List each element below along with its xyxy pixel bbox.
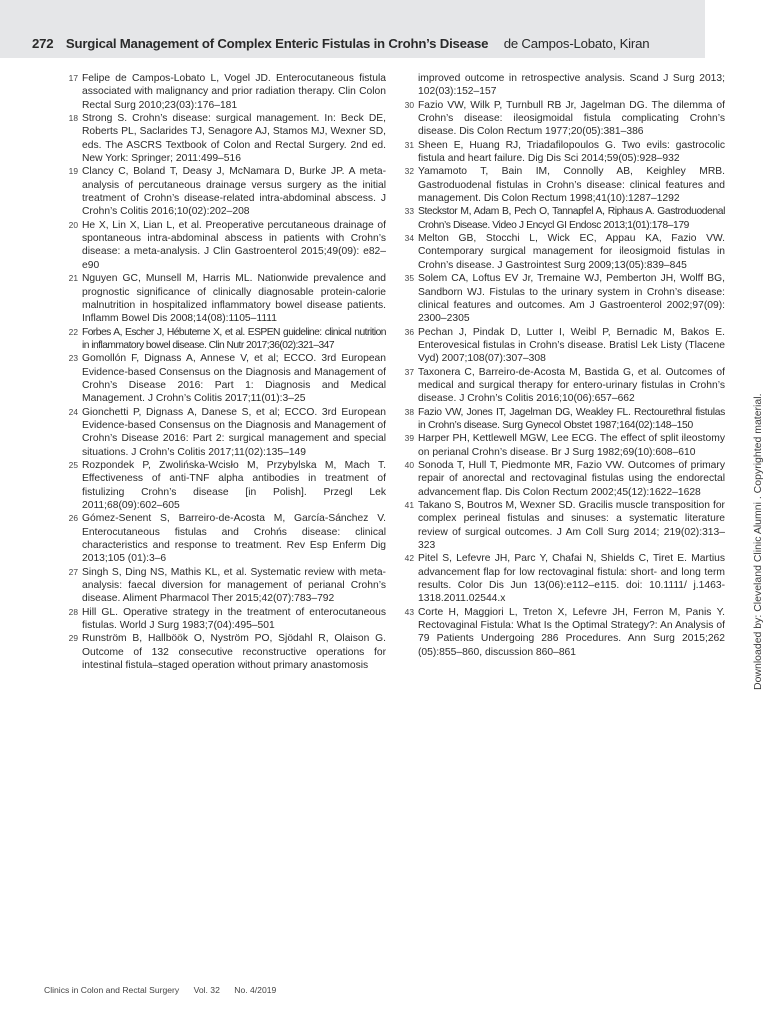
reference-item: 22Forbes A, Escher J, Hébuterne X, et al… xyxy=(82,326,386,353)
reference-text: Sonoda T, Hull T, Piedmonte MR, Fazio VW… xyxy=(418,459,725,499)
reference-item: 42Pitel S, Lefevre JH, Parc Y, Chafai N,… xyxy=(418,552,725,605)
reference-number: 34 xyxy=(400,232,414,245)
reference-item: 18Strong S. Crohn’s disease: surgical ma… xyxy=(82,112,386,165)
reference-item: 31Sheen E, Huang RJ, Triadafilopoulos G.… xyxy=(418,139,725,166)
reference-text: Felipe de Campos-Lobato L, Vogel JD. Ent… xyxy=(82,72,386,112)
reference-number: 17 xyxy=(64,72,78,85)
reference-number: 29 xyxy=(64,632,78,645)
page-number: 272 xyxy=(32,36,53,51)
reference-text: Harper PH, Kettlewell MGW, Lee ECG. The … xyxy=(418,432,725,459)
reference-text: Solem CA, Loftus EV Jr, Tremaine WJ, Pem… xyxy=(418,272,725,325)
reference-number: 31 xyxy=(400,139,414,152)
article-title: Surgical Management of Complex Enteric F… xyxy=(66,36,488,51)
reference-number: 42 xyxy=(400,552,414,565)
reference-text: Corte H, Maggiori L, Treton X, Lefevre J… xyxy=(418,606,725,659)
reference-text: Hill GL. Operative strategy in the treat… xyxy=(82,606,386,633)
reference-text: Clancy C, Boland T, Deasy J, McNamara D,… xyxy=(82,165,386,218)
reference-item: 32Yamamoto T, Bain IM, Connolly AB, Keig… xyxy=(418,165,725,205)
article-authors: de Campos-Lobato, Kiran xyxy=(504,36,650,51)
reference-text: Pitel S, Lefevre JH, Parc Y, Chafai N, S… xyxy=(418,552,725,605)
reference-item: 34Melton GB, Stocchi L, Wick EC, Appau K… xyxy=(418,232,725,272)
reference-item: 37Taxonera C, Barreiro-de-Acosta M, Bast… xyxy=(418,366,725,406)
reference-text: Singh S, Ding NS, Mathis KL, et al. Syst… xyxy=(82,566,386,606)
reference-item: 25Rozpondek P, Zwolińska-Wcisło M, Przyb… xyxy=(82,459,386,512)
reference-number: 18 xyxy=(64,112,78,125)
reference-text: Forbes A, Escher J, Hébuterne X, et al. … xyxy=(82,326,386,353)
reference-text: Rozpondek P, Zwolińska-Wcisło M, Przybyl… xyxy=(82,459,386,512)
references-right-column: improved outcome in retrospective analys… xyxy=(418,72,725,659)
reference-number: 36 xyxy=(400,326,414,339)
reference-number: 27 xyxy=(64,566,78,579)
reference-item-continued: improved outcome in retrospective analys… xyxy=(418,72,725,99)
footer-issue: No. 4/2019 xyxy=(234,985,276,995)
reference-text: Nguyen GC, Munsell M, Harris ML. Nationw… xyxy=(82,272,386,325)
reference-item: 30Fazio VW, Wilk P, Turnbull RB Jr, Jage… xyxy=(418,99,725,139)
reference-text: Taxonera C, Barreiro-de-Acosta M, Bastid… xyxy=(418,366,725,406)
running-header: 272 Surgical Management of Complex Enter… xyxy=(32,36,649,51)
reference-text: Fazio VW, Wilk P, Turnbull RB Jr, Jagelm… xyxy=(418,99,725,139)
reference-item: 33Steckstor M, Adam B, Pech O, Tannapfel… xyxy=(418,205,725,232)
reference-item: 26Gómez-Senent S, Barreiro-de-Acosta M, … xyxy=(82,512,386,565)
reference-item: 29Runström B, Hallböök O, Nyström PO, Sj… xyxy=(82,632,386,672)
reference-number: 19 xyxy=(64,165,78,178)
reference-number: 32 xyxy=(400,165,414,178)
reference-text: Sheen E, Huang RJ, Triadafilopoulos G. T… xyxy=(418,139,725,166)
reference-item: 24Gionchetti P, Dignass A, Danese S, et … xyxy=(82,406,386,459)
reference-number: 21 xyxy=(64,272,78,285)
reference-number: 38 xyxy=(400,406,414,419)
reference-item: 36Pechan J, Pindak D, Lutter I, Weibl P,… xyxy=(418,326,725,366)
reference-number: 33 xyxy=(400,205,414,218)
reference-number: 41 xyxy=(400,499,414,512)
reference-text: Gionchetti P, Dignass A, Danese S, et al… xyxy=(82,406,386,459)
reference-number: 22 xyxy=(64,326,78,339)
reference-number: 20 xyxy=(64,219,78,232)
reference-text: Pechan J, Pindak D, Lutter I, Weibl P, B… xyxy=(418,326,725,366)
reference-item: 39Harper PH, Kettlewell MGW, Lee ECG. Th… xyxy=(418,432,725,459)
reference-number: 30 xyxy=(400,99,414,112)
reference-item: 27Singh S, Ding NS, Mathis KL, et al. Sy… xyxy=(82,566,386,606)
reference-number: 39 xyxy=(400,432,414,445)
reference-number: 37 xyxy=(400,366,414,379)
reference-number: 26 xyxy=(64,512,78,525)
reference-item: 35Solem CA, Loftus EV Jr, Tremaine WJ, P… xyxy=(418,272,725,325)
reference-text: Gómez-Senent S, Barreiro-de-Acosta M, Ga… xyxy=(82,512,386,565)
reference-text: Melton GB, Stocchi L, Wick EC, Appau KA,… xyxy=(418,232,725,272)
reference-number: 35 xyxy=(400,272,414,285)
reference-item: 41Takano S, Boutros M, Wexner SD. Gracil… xyxy=(418,499,725,552)
reference-text: Takano S, Boutros M, Wexner SD. Gracilis… xyxy=(418,499,725,552)
reference-item: 40Sonoda T, Hull T, Piedmonte MR, Fazio … xyxy=(418,459,725,499)
reference-text: Strong S. Crohn’s disease: surgical mana… xyxy=(82,112,386,165)
footer-volume: Vol. 32 xyxy=(194,985,220,995)
reference-number: 40 xyxy=(400,459,414,472)
reference-number: 43 xyxy=(400,606,414,619)
reference-number: 24 xyxy=(64,406,78,419)
reference-number: 23 xyxy=(64,352,78,365)
reference-item: 20He X, Lin X, Lian L, et al. Preoperati… xyxy=(82,219,386,272)
download-watermark: Downloaded by: Cleveland Clinic Alumni .… xyxy=(752,394,764,690)
reference-text: Yamamoto T, Bain IM, Connolly AB, Keighl… xyxy=(418,165,725,205)
reference-item: 21Nguyen GC, Munsell M, Harris ML. Natio… xyxy=(82,272,386,325)
page-footer: Clinics in Colon and Rectal Surgery Vol.… xyxy=(44,985,288,995)
reference-number: 28 xyxy=(64,606,78,619)
reference-item: 23Gomollón F, Dignass A, Annese V, et al… xyxy=(82,352,386,405)
reference-item: 19Clancy C, Boland T, Deasy J, McNamara … xyxy=(82,165,386,218)
reference-item: 38Fazio VW, Jones IT, Jagelman DG, Weakl… xyxy=(418,406,725,433)
reference-item: 28Hill GL. Operative strategy in the tre… xyxy=(82,606,386,633)
reference-text: improved outcome in retrospective analys… xyxy=(418,72,725,99)
reference-text: Steckstor M, Adam B, Pech O, Tannapfel A… xyxy=(418,205,725,232)
reference-item: 43Corte H, Maggiori L, Treton X, Lefevre… xyxy=(418,606,725,659)
reference-item: 17Felipe de Campos-Lobato L, Vogel JD. E… xyxy=(82,72,386,112)
references-left-column: 17Felipe de Campos-Lobato L, Vogel JD. E… xyxy=(82,72,386,672)
reference-text: He X, Lin X, Lian L, et al. Preoperative… xyxy=(82,219,386,272)
reference-text: Gomollón F, Dignass A, Annese V, et al; … xyxy=(82,352,386,405)
reference-number: 25 xyxy=(64,459,78,472)
reference-text: Runström B, Hallböök O, Nyström PO, Sjöd… xyxy=(82,632,386,672)
footer-journal: Clinics in Colon and Rectal Surgery xyxy=(44,985,179,995)
reference-text: Fazio VW, Jones IT, Jagelman DG, Weakley… xyxy=(418,406,725,433)
